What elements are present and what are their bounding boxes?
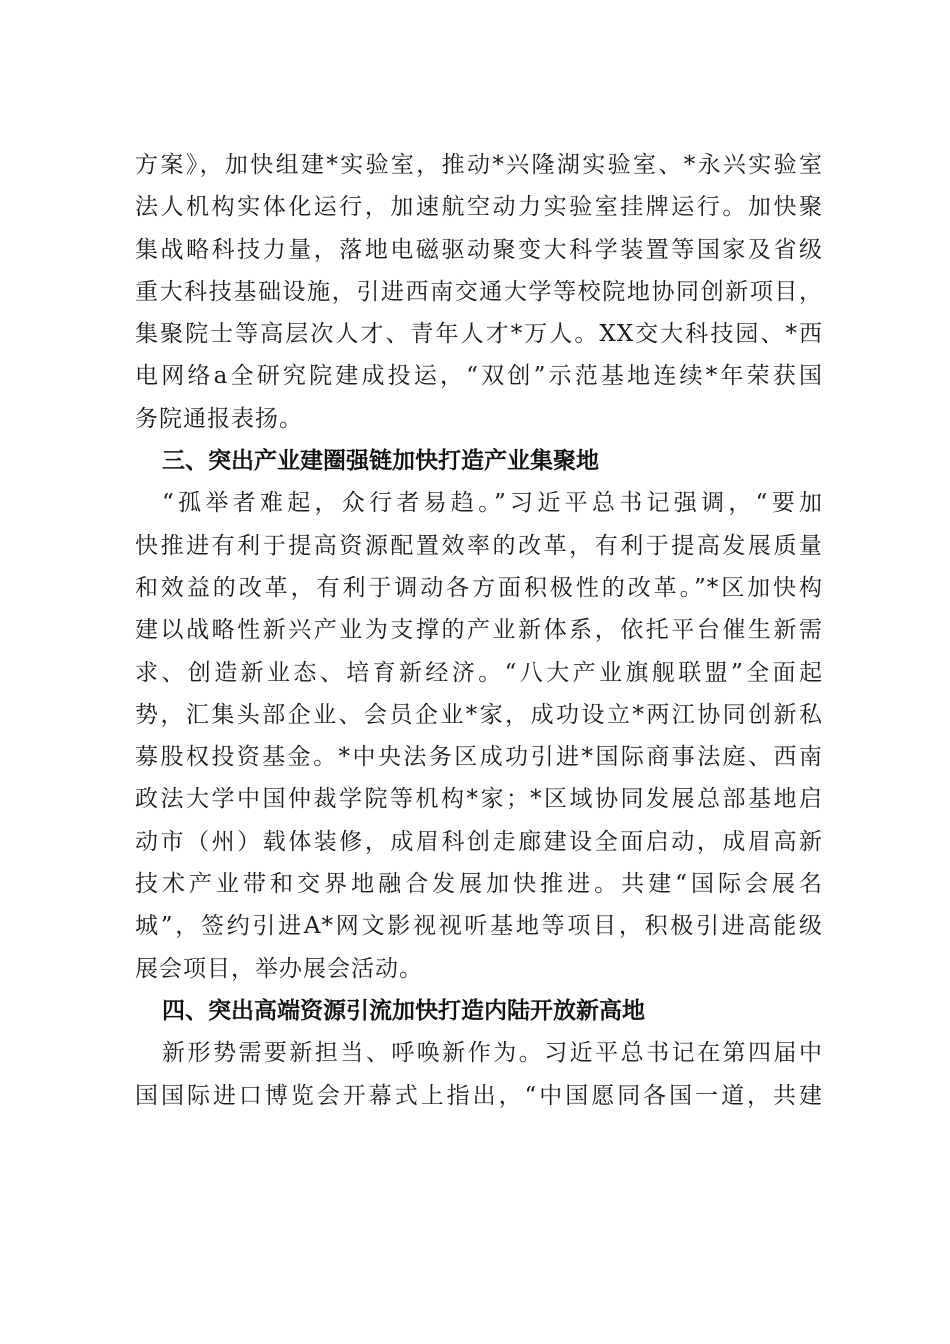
section-heading-4: 四、突出高端资源引流加快打造内陆开放新高地 xyxy=(135,990,823,1032)
document-page: 方案》，加快组建*实验室，推动*兴隆湖实验室、*永兴实验室 法人机构实体化运行，… xyxy=(135,144,823,1117)
text-line: 法人机构实体化运行，加速航空动力实验室挂牌运行。加快聚 xyxy=(135,186,823,228)
text-line: 集聚院士等高层次人才、青年人才*万人。XX交大科技园、*西 xyxy=(135,313,823,355)
paragraph-industry-cluster: “孤举者难起，众行者易趋。”习近平总书记强调，“要加 快推进有利于提高资源配置效… xyxy=(135,482,823,990)
text-line: 和效益的改革，有利于调动各方面积极性的改革。”*区加快构 xyxy=(135,567,823,609)
text-line: 政法大学中国仲裁学院等机构*家；*区域协同发展总部基地启 xyxy=(135,778,823,820)
text-line: 动市（州）载体装修，成眉科创走廊建设全面启动，成眉高新 xyxy=(135,821,823,863)
text-line: 快推进有利于提高资源配置效率的改革，有利于提高发展质量 xyxy=(135,525,823,567)
text-line: 方案》，加快组建*实验室，推动*兴隆湖实验室、*永兴实验室 xyxy=(135,144,823,186)
text-line: 新形势需要新担当、呼唤新作为。习近平总书记在第四届中 xyxy=(135,1032,823,1074)
section-heading-3: 三、突出产业建圈强链加快打造产业集聚地 xyxy=(135,440,823,482)
text-line: 建以战略性新兴产业为支撑的产业新体系，依托平台催生新需 xyxy=(135,609,823,651)
text-line: 集战略科技力量，落地电磁驱动聚变大科学装置等国家及省级 xyxy=(135,229,823,271)
text-line: 电网络a全研究院建成投运，“双创”示范基地连续*年荣获国 xyxy=(135,355,823,397)
text-line: 务院通报表扬。 xyxy=(135,398,823,440)
text-line: 城”，签约引进A*网文影视视听基地等项目，积极引进高能级 xyxy=(135,905,823,947)
text-line: 重大科技基础设施，引进西南交通大学等校院地协同创新项目， xyxy=(135,271,823,313)
paragraph-opening-up: 新形势需要新担当、呼唤新作为。习近平总书记在第四届中 国国际进口博览会开幕式上指… xyxy=(135,1032,823,1117)
text-line: 展会项目，举办展会活动。 xyxy=(135,948,823,990)
text-line: 势，汇集头部企业、会员企业*家，成功设立*两江协同创新私 xyxy=(135,694,823,736)
text-line: “孤举者难起，众行者易趋。”习近平总书记强调，“要加 xyxy=(135,482,823,524)
text-line: 募股权投资基金。*中央法务区成功引进*国际商事法庭、西南 xyxy=(135,736,823,778)
text-line: 技术产业带和交界地融合发展加快推进。共建“国际会展名 xyxy=(135,863,823,905)
text-line: 国国际进口博览会开幕式上指出，“中国愿同各国一道，共建 xyxy=(135,1075,823,1117)
text-line: 求、创造新业态、培育新经济。“八大产业旗舰联盟”全面起 xyxy=(135,652,823,694)
paragraph-continuation: 方案》，加快组建*实验室，推动*兴隆湖实验室、*永兴实验室 法人机构实体化运行，… xyxy=(135,144,823,440)
